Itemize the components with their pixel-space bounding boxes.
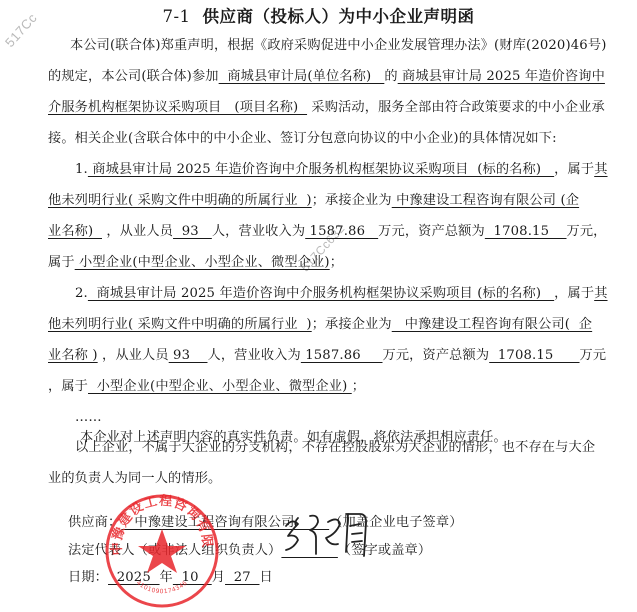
intro-line-3: 介服务机构框架协议采购项目 (项目名称) 采购活动，服务全部由符合政策要求的中小…: [48, 100, 605, 116]
item-text: ，属于: [554, 286, 594, 301]
item-text: 万元，资产总额为: [383, 348, 490, 363]
item-index: 1.: [75, 162, 88, 177]
intro-line-1: 本公司(联合体)郑重声明，根据《政府采购促进中小企业发展管理办法》(财库(202…: [70, 38, 606, 54]
item-text: 人，营业收入为: [212, 224, 305, 239]
revenue-field: 1587.86: [305, 224, 378, 239]
item-2-line-1: 2. 商城县审计局 2025 年造价咨询中介服务机构框架协议采购项目 (标的名称…: [75, 286, 608, 302]
company-name-field: 业名称 ): [48, 348, 98, 363]
supplier-note: （加盖企业电子签章）: [329, 515, 462, 530]
day-field: 27: [225, 570, 259, 585]
item-2-line-4: ，属于 小型企业(中型企业、小型企业、微型企业) ；: [48, 379, 365, 395]
item-1-line-4: 属于 小型企业(中型企业、小型企业、微型企业)；: [48, 255, 343, 271]
representative-field: [281, 543, 337, 558]
target-name-field: 商城县审计局 2025 年造价咨询中介服务机构框架协议采购项目 (标的名称): [88, 162, 554, 177]
project-name-field: 商城县审计局 2025 年造价咨询中: [398, 69, 605, 84]
item-2-line-2: 他未列明行业( 采购文件中明确的所属行业 )；承接企业为 中豫建设工程咨询有限公…: [48, 317, 592, 333]
representative-note: （签字或盖章）: [338, 543, 431, 558]
item-text: ；: [352, 379, 365, 394]
item-text: 万元，资产总额为: [378, 224, 485, 239]
project-name-field: 介服务机构框架协议采购项目 (项目名称): [48, 100, 307, 115]
item-index: 2.: [75, 286, 88, 301]
year-field: 2025: [108, 570, 160, 585]
employees-field: 93: [173, 224, 212, 239]
item-text: ；承接企业为: [312, 317, 392, 332]
item-text: 万元，: [567, 224, 607, 239]
employees-field: 93: [169, 348, 208, 363]
date-line: 日期： 2025 年 10 月 27 日: [68, 570, 273, 586]
representative-label: 法定代表人（或非法人组织负责人）: [68, 543, 281, 558]
item-text: 属于: [48, 255, 75, 270]
intro-text: 采购活动，服务全部由符合政策要求的中小企业承: [307, 100, 605, 115]
page-title: 7-1供应商（投标人）为中小企业声明函: [0, 3, 637, 27]
item-text: 人，营业收入为: [207, 348, 300, 363]
statement-1-line-2: 业的负责人为同一人的情形。: [48, 471, 221, 487]
date-text: 月: [212, 570, 225, 585]
title-number: 7-1: [162, 7, 190, 26]
industry-field: 他未列明行业( 采购文件中明确的所属行业 ): [48, 193, 312, 208]
intro-text: 接。相关企业(含联合体中的中小企业、签订分包意向协议的中小企业)的具体情况如下:: [48, 131, 557, 146]
item-text: ，属于: [554, 162, 594, 177]
unit-name-field: 商城县审计局(单位名称): [219, 69, 385, 84]
month-field: 10: [173, 570, 212, 585]
industry-field: 其: [594, 162, 607, 177]
item-text: ，从业人员: [102, 224, 173, 239]
item-text: 万元: [580, 348, 607, 363]
enterprise-type-field: 小型企业(中型企业、小型企业、微型企业): [75, 255, 330, 270]
date-label: 日期：: [68, 570, 108, 585]
item-2-line-3: 业名称 ) ，从业人员 93 人，营业收入为 1587.86 万元，资产总额为 …: [48, 348, 606, 364]
item-1-line-1: 1. 商城县审计局 2025 年造价咨询中介服务机构框架协议采购项目 (标的名称…: [75, 162, 608, 178]
item-text: ；承接企业为: [312, 193, 392, 208]
item-1-line-2: 他未列明行业( 采购文件中明确的所属行业 )；承接企业为 中豫建设工程咨询有限公…: [48, 193, 579, 209]
supplier-label: 供应商：: [68, 515, 121, 530]
assets-field: 1708.15: [485, 224, 567, 239]
date-text: 日: [259, 570, 272, 585]
date-text: 年: [160, 570, 173, 585]
industry-field: 其: [594, 286, 607, 301]
supplier-line: 供应商： 中豫建设工程咨询有限公司 （加盖企业电子签章）: [68, 515, 463, 531]
revenue-field: 1587.86: [301, 348, 383, 363]
intro-line-2: 的规定，本公司(联合体)参加 商城县审计局(单位名称) 的 商城县审计局 202…: [48, 69, 605, 85]
intro-line-4: 接。相关企业(含联合体中的中小企业、签订分包意向协议的中小企业)的具体情况如下:: [48, 131, 557, 147]
company-name-field: 中豫建设工程咨询有限公司( 企: [392, 317, 592, 332]
item-text: ；: [330, 255, 343, 270]
ellipsis: ……: [75, 410, 102, 426]
enterprise-type-field: 小型企业(中型企业、小型企业、微型企业): [88, 379, 352, 394]
item-text: ，从业人员: [98, 348, 169, 363]
intro-text: 的: [384, 69, 397, 84]
company-name-field: 业名称): [48, 224, 102, 239]
statement-2: 本企业对上述声明内容的真实性负责。如有虚假，将依法承担相应责任。: [80, 430, 507, 446]
title-text: 供应商（投标人）为中小企业声明函: [203, 7, 475, 26]
item-text: ，属于: [48, 379, 88, 394]
industry-field: 他未列明行业( 采购文件中明确的所属行业 ): [48, 317, 312, 332]
intro-text: 本公司(联合体)郑重声明，根据《政府采购促进中小企业发展管理办法》(财库(202…: [70, 38, 606, 53]
assets-field: 1708.15: [489, 348, 579, 363]
item-1-line-3: 业名称) ，从业人员 93 人，营业收入为 1587.86 万元，资产总额为 1…: [48, 224, 607, 240]
intro-text: 的规定，本公司(联合体)参加: [48, 69, 219, 84]
representative-line: 法定代表人（或非法人组织负责人） （签字或盖章）: [68, 543, 431, 559]
supplier-field: 中豫建设工程咨询有限公司: [121, 515, 329, 530]
company-name-field: 中豫建设工程咨询有限公司 (企: [392, 193, 579, 208]
target-name-field: 商城县审计局 2025 年造价咨询中介服务机构框架协议采购项目 (标的名称): [88, 286, 554, 301]
